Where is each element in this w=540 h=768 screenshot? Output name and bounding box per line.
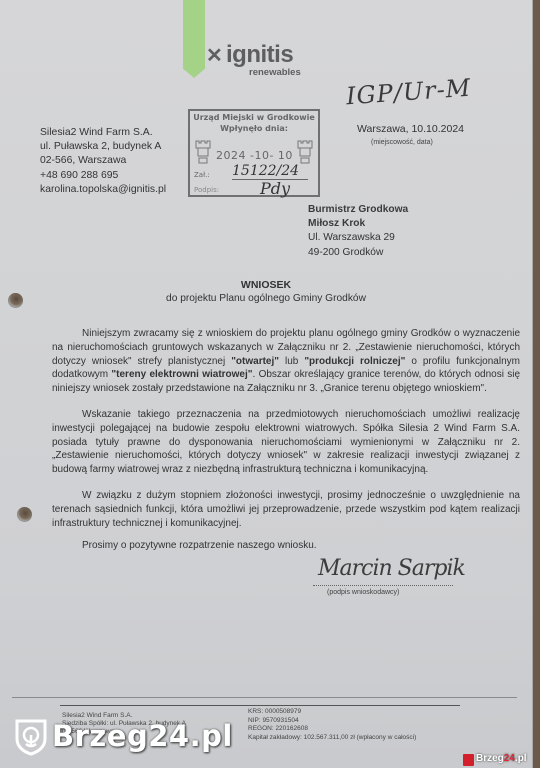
stamp-registry-number: 15122/24 — [232, 163, 308, 180]
footer-krs: KRS: 0000508979 — [248, 708, 416, 717]
sender-city: 02-566, Warszawa — [40, 154, 166, 168]
signature-line — [313, 585, 453, 586]
stamp-date: 2024 -10- 10 — [216, 149, 293, 162]
logo-name: ignitis — [226, 42, 293, 68]
recipient-city: 49-200 Grodków — [308, 246, 408, 260]
ignitis-logo: ✕ ignitis renewables — [206, 42, 326, 82]
p4-text: Prosimy o pozytywne rozpatrzenie naszego… — [52, 539, 520, 553]
applicant-signature: Marcin Sarpik — [318, 556, 465, 581]
footer-regon: REGON: 220162608 — [248, 725, 416, 734]
stamp-zal-label: Zał.: — [194, 171, 210, 179]
small-watermark-text: Brzeg24.pl — [476, 753, 527, 764]
footer-registry: KRS: 0000508979 NIP: 9570931504 REGON: 2… — [248, 708, 416, 742]
brzeg-shield-icon — [14, 718, 48, 756]
recipient-title: Burmistrz Grodkowa — [308, 203, 408, 217]
green-sticky-flag — [183, 0, 205, 78]
recipient-street: Ul. Warszawska 29 — [308, 231, 408, 245]
wm-suffix: .pl — [515, 753, 527, 764]
castle-tower-icon — [195, 138, 211, 164]
place-and-date: Warszawa, 10.10.2024 — [357, 123, 464, 135]
body-paragraph-1: Niniejszym zwracamy się z wnioskiem do p… — [52, 327, 520, 396]
footer-nip: NIP: 9570931504 — [248, 717, 416, 726]
punch-hole — [8, 293, 23, 308]
recipient-name: Miłosz Krok — [308, 217, 408, 231]
stamp-signature: Pdy — [260, 179, 290, 198]
footer-rule-inner — [60, 705, 460, 706]
sender-company: Silesia2 Wind Farm S.A. — [40, 126, 166, 140]
sender-street: ul. Puławska 2, budynek A — [40, 140, 166, 154]
brzeg-small-shield-icon — [463, 754, 474, 766]
body-paragraph-4: Prosimy o pozytywne rozpatrzenie naszego… — [52, 539, 520, 553]
body-paragraph-3: W związku z dużym stopniem złożoności in… — [52, 489, 520, 530]
body-paragraph-2: Wskazanie takiego przeznaczenia na przed… — [52, 408, 520, 477]
ignitis-mark-icon: ✕ — [206, 46, 223, 66]
document-title: WNIOSEK — [0, 279, 532, 291]
sender-phone: +48 690 288 695 — [40, 169, 166, 183]
watermark-text: Brzeg24.pl — [52, 718, 233, 754]
p2-text: Wskazanie takiego przeznaczenia na przed… — [52, 408, 520, 477]
document-subtitle: do projektu Planu ogólnego Gminy Grodków — [0, 293, 532, 304]
stamp-office: Urząd Miejski w Grodkowie — [190, 113, 318, 122]
scanned-letter-page: ✕ ignitis renewables IGP/Ur-M Silesia2 W… — [0, 0, 533, 768]
p1-bold-tereny: "tereny elektrowni wiatrowej" — [111, 369, 252, 380]
wm-num: 24 — [504, 753, 515, 764]
signature-hint: (podpis wnioskodawcy) — [327, 589, 399, 596]
footer-rule — [12, 697, 517, 698]
sender-address: Silesia2 Wind Farm S.A. ul. Puławska 2, … — [40, 126, 166, 197]
stamp-received-label: Wpłynęło dnia: — [190, 124, 318, 133]
p3-text: W związku z dużym stopniem złożoności in… — [52, 489, 520, 530]
place-date-hint: (miejscowość, data) — [371, 139, 433, 146]
handwritten-reference: IGP/Ur-M — [345, 74, 472, 111]
wm-prefix: Brzeg — [476, 753, 504, 764]
p1-bold-produkcji: "produkcji rolniczej" — [304, 356, 405, 367]
received-stamp: Urząd Miejski w Grodkowie Wpłynęło dnia:… — [188, 109, 320, 197]
sender-email: karolina.topolska@ignitis.pl — [40, 183, 166, 197]
recipient-address: Burmistrz Grodkowa Miłosz Krok Ul. Warsz… — [308, 203, 408, 260]
castle-tower-icon — [297, 138, 313, 164]
stamp-podpis-label: Podpis: — [194, 186, 219, 194]
footer-capital: Kapitał zakładowy: 102.567.311,00 zł (wp… — [248, 734, 416, 743]
punch-hole — [17, 507, 32, 522]
p1-bold-otwartej: "otwartej" — [231, 356, 279, 367]
logo-sub: renewables — [249, 67, 301, 79]
p1-text-c: lub — [279, 356, 304, 367]
